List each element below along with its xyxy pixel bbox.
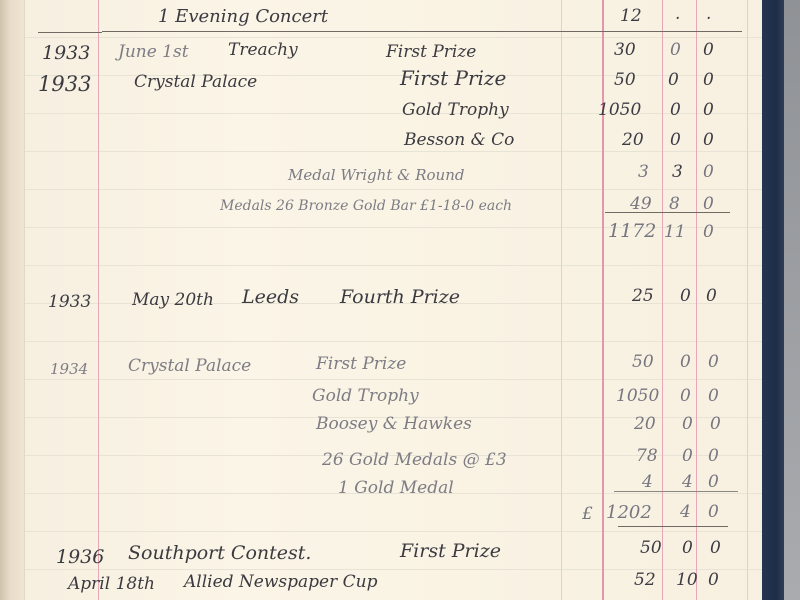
entry-shillings: 0 bbox=[680, 286, 691, 306]
entry-shillings: 10 bbox=[676, 570, 698, 590]
entry-venue: Allied Newspaper Cup bbox=[184, 572, 377, 592]
subtotal-prefix: £ bbox=[582, 504, 593, 524]
entry-pence: 0 bbox=[710, 414, 721, 434]
entry-pounds: 52 bbox=[634, 570, 656, 590]
entry-pence: 0 bbox=[706, 286, 717, 306]
entry-item: First Prize bbox=[400, 66, 506, 90]
entry-year: 1933 bbox=[48, 292, 91, 312]
entry-shillings: 3 bbox=[672, 162, 683, 182]
subtotal-pounds: 1172 bbox=[608, 220, 656, 242]
entry-shillings: 0 bbox=[680, 352, 691, 372]
entry-item: Gold Trophy bbox=[312, 386, 419, 406]
entry-year: 1933 bbox=[38, 72, 91, 96]
entry-pence: 0 bbox=[703, 70, 714, 90]
entry-pence: 0 bbox=[708, 472, 719, 492]
entry-item: First Prize bbox=[386, 42, 476, 62]
entry-venue: Leeds bbox=[242, 286, 299, 308]
ledger-page: 1 Evening Concert 12 . . 1933 June 1st T… bbox=[0, 0, 800, 600]
entry-venue: Treachy bbox=[228, 40, 298, 60]
entry-year: 1936 bbox=[56, 546, 104, 568]
entry-shillings: 0 bbox=[682, 414, 693, 434]
subtotal-pence: 0 bbox=[708, 502, 719, 522]
subtotal-pence: 0 bbox=[703, 222, 714, 242]
entry-pounds: 4 bbox=[642, 472, 653, 492]
entry-shillings: 0 bbox=[680, 386, 691, 406]
header-fragment: 1 Evening Concert bbox=[158, 6, 328, 27]
entry-item: 26 Gold Medals @ £3 bbox=[322, 450, 507, 470]
entry-pounds: 49 bbox=[630, 194, 652, 214]
subtotal-rule bbox=[605, 212, 730, 213]
entry-shillings: 8 bbox=[669, 194, 680, 214]
header-rule bbox=[102, 31, 742, 32]
entry-pounds: 50 bbox=[640, 538, 662, 558]
subtotal-rule bbox=[614, 491, 738, 492]
subtotal-pounds: 1202 bbox=[606, 502, 652, 523]
entry-venue: Southport Contest. bbox=[128, 542, 311, 564]
entry-pounds: 50 bbox=[632, 352, 654, 372]
entry-shillings: 0 bbox=[682, 538, 693, 558]
entry-date: April 18th bbox=[68, 574, 155, 594]
entry-date: May 20th bbox=[132, 290, 214, 310]
margin-rule bbox=[98, 0, 99, 600]
entry-item: First Prize bbox=[316, 354, 406, 374]
entry-pence: 0 bbox=[708, 570, 719, 590]
entry-pounds: 1050 bbox=[598, 100, 641, 120]
entry-shillings: 0 bbox=[670, 100, 681, 120]
background-surface bbox=[784, 0, 800, 600]
entry-item: Medal Wright & Round bbox=[288, 166, 464, 184]
entry-item: Medals 26 Bronze Gold Bar £1-18-0 each bbox=[220, 198, 512, 214]
entry-item: Fourth Prize bbox=[340, 286, 460, 308]
entry-shillings: 0 bbox=[668, 70, 679, 90]
entry-item: 1 Gold Medal bbox=[338, 478, 454, 498]
entry-pence: 0 bbox=[703, 40, 714, 60]
entry-venue: Crystal Palace bbox=[128, 356, 251, 376]
entry-year: 1933 bbox=[42, 42, 90, 64]
entry-year: 1934 bbox=[50, 360, 88, 378]
entry-pence: 0 bbox=[703, 162, 714, 182]
entry-item: Boosey & Hawkes bbox=[316, 414, 472, 434]
entry-pence: 0 bbox=[703, 194, 714, 214]
entry-pounds: 20 bbox=[634, 414, 656, 434]
entry-shillings: 0 bbox=[682, 446, 693, 466]
entry-pence: 0 bbox=[703, 100, 714, 120]
entry-item: Besson & Co bbox=[404, 130, 514, 150]
entry-shillings: 0 bbox=[670, 40, 681, 60]
entry-item: Gold Trophy bbox=[402, 100, 509, 120]
entry-pence: 0 bbox=[708, 386, 719, 406]
entry-pence: 0 bbox=[708, 352, 719, 372]
header-amount: 12 bbox=[620, 6, 642, 26]
entry-pence: 0 bbox=[710, 538, 721, 558]
subtotal-rule bbox=[618, 526, 728, 527]
pence-column-rule bbox=[696, 0, 697, 600]
entry-item: First Prize bbox=[400, 540, 501, 562]
book-cover-edge bbox=[762, 0, 784, 600]
shillings-column-rule bbox=[662, 0, 663, 600]
entry-pounds: 1050 bbox=[616, 386, 659, 406]
entry-shillings: 4 bbox=[682, 472, 693, 492]
header-shillings: . bbox=[675, 4, 680, 24]
edge-rule bbox=[747, 0, 748, 600]
header-rule-left bbox=[38, 32, 102, 33]
entry-pounds: 50 bbox=[614, 70, 636, 90]
header-pence: . bbox=[706, 4, 711, 24]
entry-pounds: 78 bbox=[636, 446, 658, 466]
subtotal-shillings: 4 bbox=[680, 502, 691, 522]
entry-pounds: 3 bbox=[638, 162, 649, 182]
pounds-column-rule bbox=[602, 0, 604, 600]
entry-shillings: 0 bbox=[670, 130, 681, 150]
entry-pounds: 25 bbox=[632, 286, 654, 306]
entry-pounds: 30 bbox=[614, 40, 636, 60]
column-rule bbox=[561, 0, 562, 600]
subtotal-shillings: 11 bbox=[664, 222, 686, 242]
entry-pounds: 20 bbox=[622, 130, 644, 150]
entry-date: June 1st bbox=[118, 42, 189, 62]
entry-venue: Crystal Palace bbox=[134, 72, 257, 92]
entry-pence: 0 bbox=[708, 446, 719, 466]
page-binding bbox=[0, 0, 25, 600]
entry-pence: 0 bbox=[703, 130, 714, 150]
